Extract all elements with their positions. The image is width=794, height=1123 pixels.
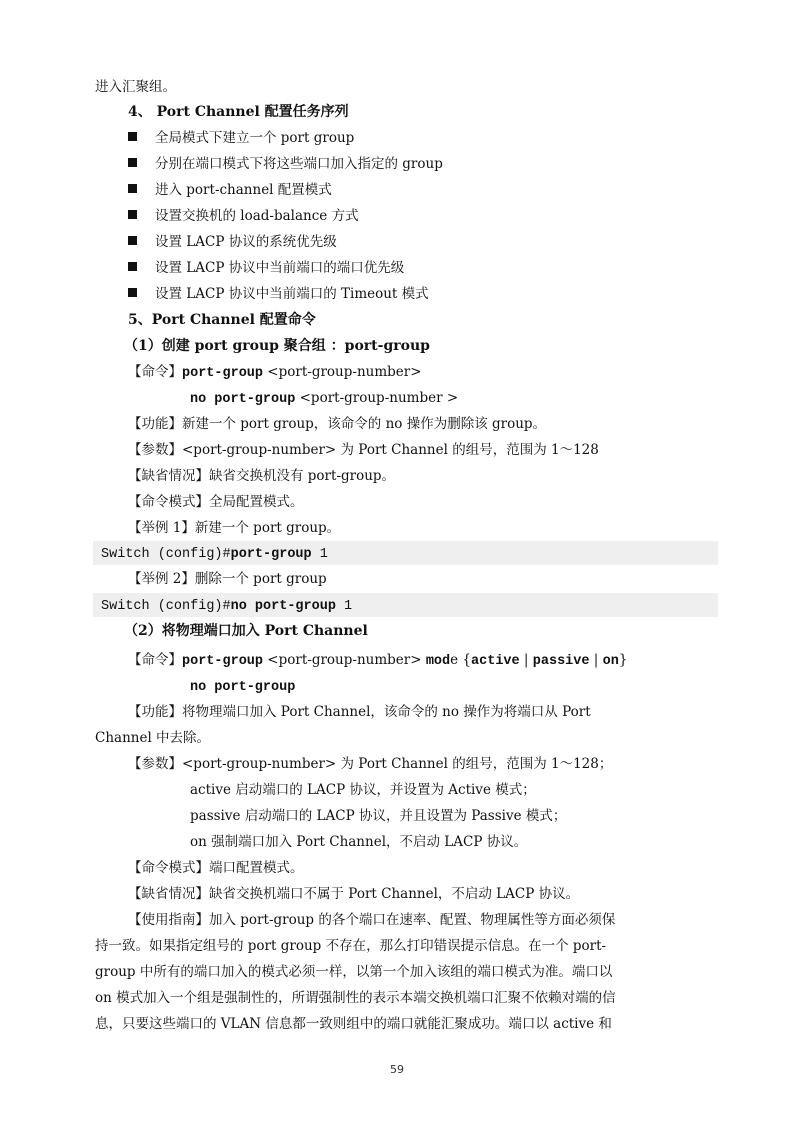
command-syntax-no: no port-group <port-group-number > bbox=[190, 388, 458, 408]
square-bullet-icon bbox=[128, 236, 137, 245]
function-desc-line-1: 【功能】将物理端口加入 Port Channel，该命令的 no 操作为将端口从… bbox=[128, 702, 591, 722]
function-desc-line-2: Channel 中去除。 bbox=[95, 728, 210, 748]
square-bullet-icon bbox=[128, 262, 137, 271]
parameter-passive: passive 启动端口的 LACP 协议，并且设置为 Passive 模式； bbox=[190, 806, 566, 826]
bullet-item: 分别在端口模式下将这些端口加入指定的 group bbox=[128, 154, 443, 174]
bullet-item: 设置 LACP 协议中当前端口的 Timeout 模式 bbox=[128, 284, 429, 304]
code-block-example-1: Switch (config)#port-group 1 bbox=[93, 541, 718, 565]
square-bullet-icon bbox=[128, 288, 137, 297]
code-line: Switch (config)#port-group 1 bbox=[101, 543, 328, 565]
code-block-example-2: Switch (config)#no port-group 1 bbox=[93, 593, 718, 617]
command-syntax: 【命令】port-group <port-group-number> mode … bbox=[128, 650, 627, 670]
usage-guide-line: 持一致。如果指定组号的 port group 不存在，那么打印错误提示信息。在一… bbox=[95, 936, 606, 956]
subsection-2-heading: （2）将物理端口加入 Port Channel bbox=[124, 621, 368, 641]
default-desc: 【缺省情况】缺省交换机没有 port-group。 bbox=[128, 466, 395, 486]
command-mode-desc: 【命令模式】端口配置模式。 bbox=[128, 858, 304, 878]
usage-guide-line: group 中所有的端口加入的模式必须一样，以第一个加入该组的端口模式为准。端口… bbox=[95, 962, 612, 982]
bullet-item: 设置 LACP 协议中当前端口的端口优先级 bbox=[128, 258, 404, 278]
command-mode-desc: 【命令模式】全局配置模式。 bbox=[128, 492, 304, 512]
square-bullet-icon bbox=[128, 210, 137, 219]
subsection-1-heading: （1）创建 port group 聚合组 ：port-group bbox=[124, 336, 430, 356]
section-4-heading: 4、 Port Channel 配置任务序列 bbox=[128, 102, 349, 122]
square-bullet-icon bbox=[128, 184, 137, 193]
bullet-item: 设置交换机的 load-balance 方式 bbox=[128, 206, 359, 226]
example-1-label: 【举例 1】新建一个 port group。 bbox=[128, 518, 340, 538]
example-2-label: 【举例 2】删除一个 port group bbox=[128, 569, 327, 589]
square-bullet-icon bbox=[128, 158, 137, 167]
default-desc: 【缺省情况】缺省交换机端口不属于 Port Channel，不启动 LACP 协… bbox=[128, 884, 579, 904]
command-syntax-no: no port-group bbox=[190, 676, 295, 696]
usage-guide-line: on 模式加入一个组是强制性的，所谓强制性的表示本端交换机端口汇聚不依赖对端的信 bbox=[95, 988, 616, 1008]
bullet-item: 进入 port-channel 配置模式 bbox=[128, 180, 332, 200]
page-number: 59 bbox=[0, 1063, 794, 1076]
section-5-heading: 5、Port Channel 配置命令 bbox=[128, 310, 316, 330]
code-line: Switch (config)#no port-group 1 bbox=[101, 595, 352, 617]
parameter-desc: 【参数】<port-group-number> 为 Port Channel 的… bbox=[128, 440, 599, 460]
intro-line: 进入汇聚组。 bbox=[95, 77, 176, 97]
usage-guide-line: 息，只要这些端口的 VLAN 信息都一致则组中的端口就能汇聚成功。端口以 act… bbox=[95, 1014, 612, 1034]
function-desc: 【功能】新建一个 port group，该命令的 no 操作为删除该 group… bbox=[128, 414, 546, 434]
bullet-item: 全局模式下建立一个 port group bbox=[128, 128, 354, 148]
parameter-on: on 强制端口加入 Port Channel，不启动 LACP 协议。 bbox=[190, 832, 527, 852]
square-bullet-icon bbox=[128, 132, 137, 141]
bullet-item: 设置 LACP 协议的系统优先级 bbox=[128, 232, 337, 252]
command-syntax: 【命令】port-group <port-group-number> bbox=[128, 362, 422, 382]
parameter-active: active 启动端口的 LACP 协议，并设置为 Active 模式； bbox=[190, 780, 536, 800]
parameter-desc: 【参数】<port-group-number> 为 Port Channel 的… bbox=[128, 754, 612, 774]
usage-guide-line: 【使用指南】加入 port-group 的各个端口在速率、配置、物理属性等方面必… bbox=[128, 910, 615, 930]
